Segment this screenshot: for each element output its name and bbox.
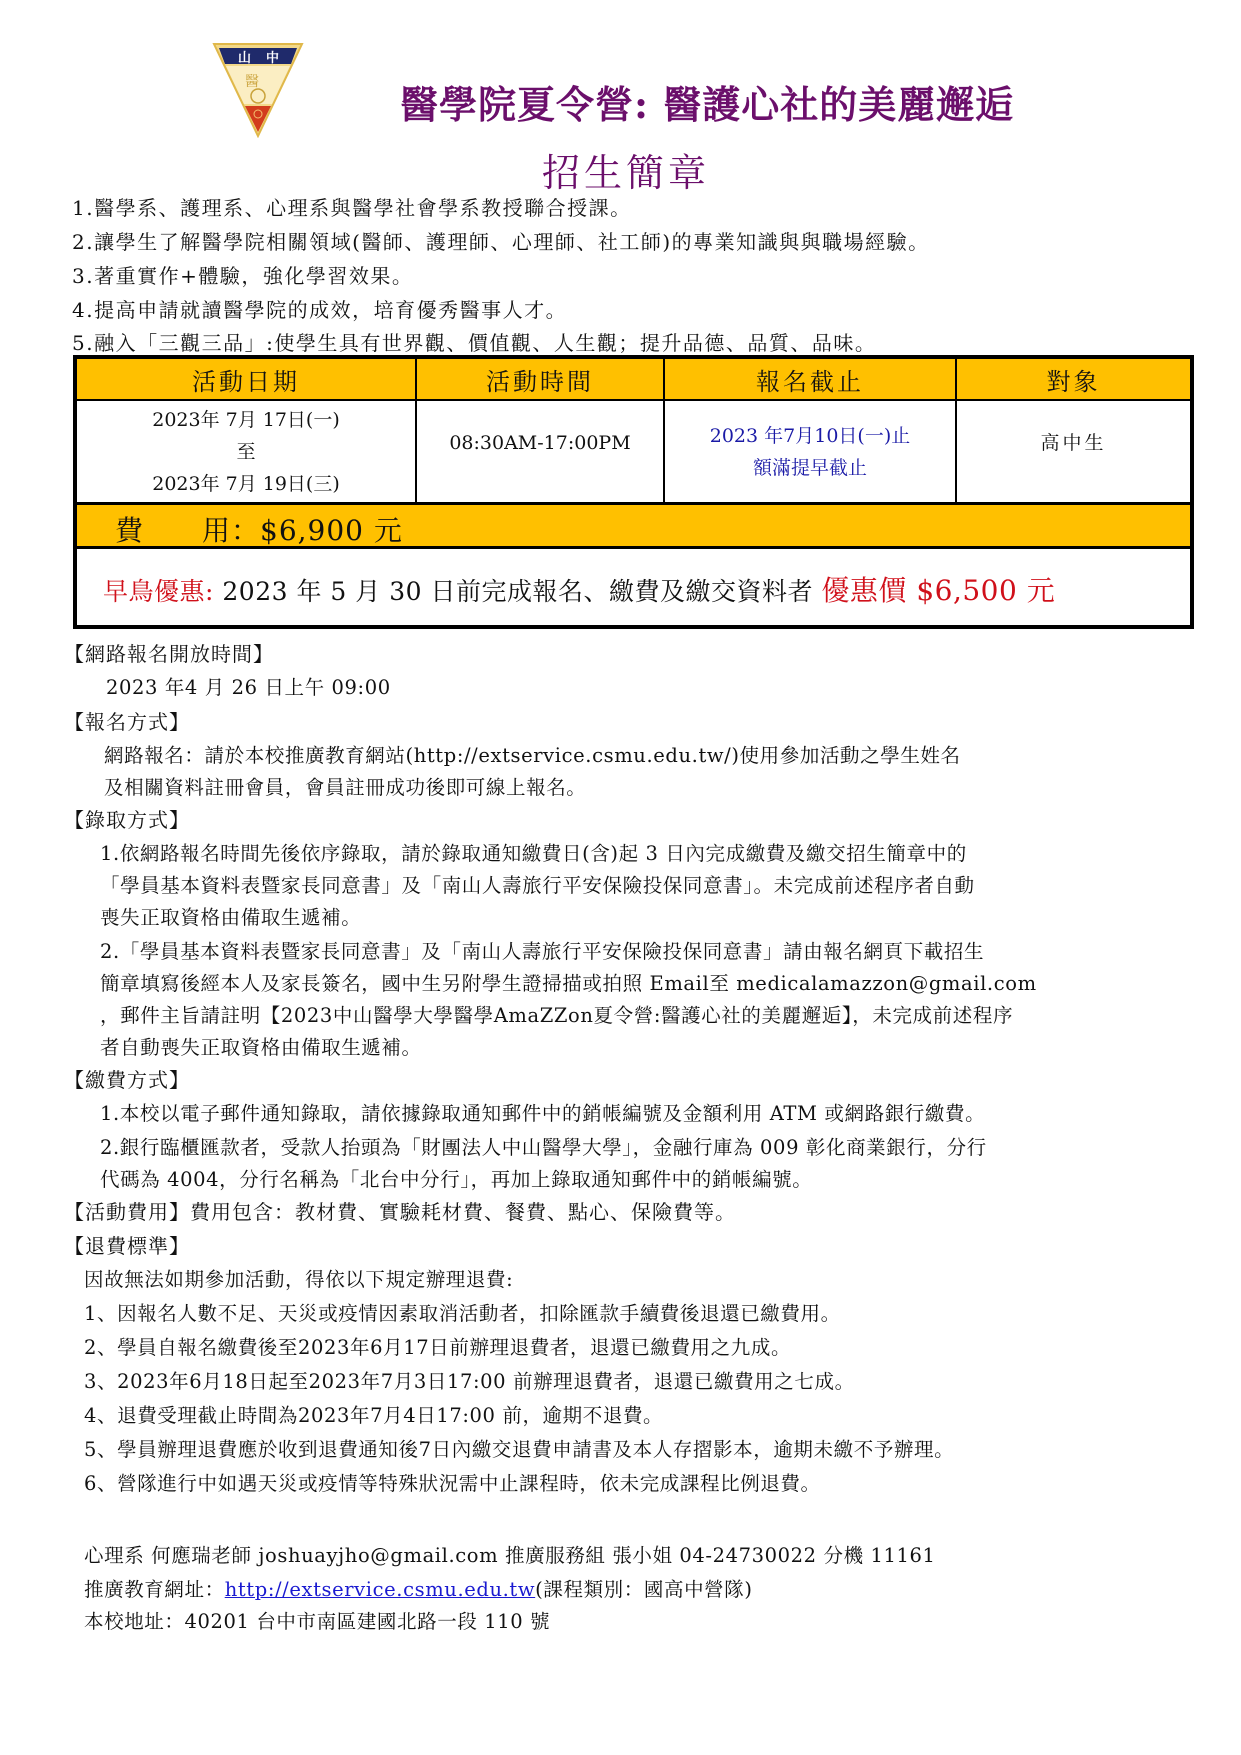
section-heading-admission: 【錄取方式】 (64, 804, 190, 833)
early-bird-price: 優惠價 $6,500 元 (821, 574, 1055, 607)
page-title: 醫學院夏令營: 醫護心社的美麗邂逅 (400, 74, 1014, 129)
header-cell-deadline: 報名截止 (665, 359, 957, 399)
address-line: 本校地址：40201 台中市南區建國北路一段 110 號 (84, 1606, 550, 1634)
website-link[interactable]: http://extservice.csmu.edu.tw (225, 1578, 535, 1601)
deadline-note: 額滿提早截止 (753, 452, 867, 484)
date-start: 2023年 7月 17日(一) (152, 404, 340, 436)
school-emblem-icon: 山 中 醫 (212, 42, 304, 138)
deadline-cell: 2023 年7月10日(一)止 額滿提早截止 (665, 401, 957, 502)
intro-item: 5.融入「三觀三品」:使學生具有世界觀、價值觀、人生觀；提升品德、品質、品味。 (72, 327, 876, 356)
section-heading-online-open: 【網路報名開放時間】 (64, 638, 274, 667)
refund-item: 3、2023年6月18日起至2023年7月3日17:00 前辦理退費者，退還已繳… (84, 1366, 855, 1394)
early-bird-row: 早鳥優惠: 2023 年 5 月 30 日前完成報名、繳費及繳交資料者 優惠價 … (77, 549, 1190, 625)
audience: 高中生 (1040, 427, 1106, 459)
header-label: 活動時間 (486, 362, 594, 397)
admission-line: 「學員基本資料表暨家長同意書」及「南山人壽旅行平安保險投保同意書」。未完成前述程… (100, 870, 975, 898)
section-activity-fee: 【活動費用】費用包含：教材費、實驗耗材費、餐費、點心、保險費等。 (64, 1196, 736, 1225)
fee-text: 費 用：$6,900 元 (115, 509, 403, 549)
table-header-row: 活動日期 活動時間 報名截止 對象 (77, 359, 1190, 401)
payment-line: 2.銀行臨櫃匯款者，受款人抬頭為「財團法人中山醫學大學」，金融行庫為 009 彰… (100, 1132, 987, 1160)
date-end: 2023年 7月 19日(三) (152, 468, 340, 500)
intro-item: 2.讓學生了解醫學院相關領域(醫師、護理師、心理師、社工師)的專業知識與與職場經… (72, 226, 930, 255)
admission-line: 2.「學員基本資料表暨家長同意書」及「南山人壽旅行平安保險投保同意書」請由報名網… (100, 936, 984, 964)
admission-line: ，郵件主旨請註明【2023中山醫學大學醫學AmaZZon夏令營:醫護心社的美麗邂… (100, 1000, 1013, 1028)
register-method-line: 及相關資料註冊會員，會員註冊成功後即可線上報名。 (104, 772, 586, 800)
intro-item: 1.醫學系、護理系、心理系與醫學社會學系教授聯合授課。 (72, 192, 632, 221)
section-heading-payment: 【繳費方式】 (64, 1064, 190, 1093)
fee-row: 費 用：$6,900 元 (77, 505, 1190, 549)
header-cell-audience: 對象 (957, 359, 1190, 399)
website-line: 推廣教育網址：http://extservice.csmu.edu.tw(課程類… (84, 1574, 753, 1602)
refund-item: 6、營隊進行中如遇天災或疫情等特殊狀況需中止課程時，依未完成課程比例退費。 (84, 1468, 821, 1496)
fee-label: 費 用： (115, 514, 260, 547)
activity-time: 08:30AM-17:00PM (449, 427, 630, 459)
info-table: 活動日期 活動時間 報名截止 對象 2023年 7月 17日(一) 至 2023… (73, 355, 1194, 629)
website-label: 推廣教育網址： (84, 1578, 225, 1601)
section-heading-activity-fee: 【活動費用】 (64, 1200, 190, 1224)
audience-cell: 高中生 (957, 401, 1190, 502)
refund-item: 1、因報名人數不足、天災或疫情因素取消活動者，扣除匯款手續費後退還已繳費用。 (84, 1298, 841, 1326)
header-label: 報名截止 (756, 362, 864, 397)
page-subtitle: 招生簡章 (542, 142, 710, 197)
header-label: 對象 (1047, 362, 1101, 397)
early-bird-text: 早鳥優惠: 2023 年 5 月 30 日前完成報名、繳費及繳交資料者 優惠價 … (103, 569, 1055, 609)
svg-text:山: 山 (238, 51, 251, 66)
header-cell-date: 活動日期 (77, 359, 417, 399)
admission-line: 者自動喪失正取資格由備取生遞補。 (100, 1032, 422, 1060)
deadline-date: 2023 年7月10日(一)止 (710, 420, 910, 452)
section-heading-register-method: 【報名方式】 (64, 706, 190, 735)
payment-line: 代碼為 4004，分行名稱為「北台中分行」，再加上錄取通知郵件中的銷帳編號。 (100, 1164, 812, 1192)
website-note: (課程類別：國高中營隊) (535, 1578, 752, 1601)
date-cell: 2023年 7月 17日(一) 至 2023年 7月 19日(三) (77, 401, 417, 502)
header-label: 活動日期 (192, 362, 300, 397)
refund-item: 4、退費受理截止時間為2023年7月4日17:00 前，逾期不退費。 (84, 1400, 663, 1428)
fee-value: $6,900 元 (260, 514, 403, 547)
online-open-time: 2023 年4 月 26 日上午 09:00 (106, 672, 391, 700)
svg-text:中: 中 (266, 50, 279, 66)
intro-item: 4.提高申請就讀醫學院的成效，培育優秀醫事人才。 (72, 294, 567, 323)
refund-intro: 因故無法如期參加活動，得依以下規定辦理退費: (84, 1264, 513, 1292)
contact-line: 心理系 何應瑞老師 joshuayjho@gmail.com 推廣服務組 張小姐… (84, 1540, 936, 1568)
table-data-row: 2023年 7月 17日(一) 至 2023年 7月 19日(三) 08:30A… (77, 401, 1190, 505)
date-to: 至 (236, 436, 255, 468)
early-bird-condition: 2023 年 5 月 30 日前完成報名、繳費及繳交資料者 (222, 577, 813, 606)
school-logo: 山 中 醫 (212, 42, 304, 138)
admission-line: 喪失正取資格由備取生遞補。 (100, 902, 361, 930)
section-heading-refund: 【退費標準】 (64, 1230, 190, 1259)
header-cell-time: 活動時間 (417, 359, 665, 399)
admission-line: 1.依網路報名時間先後依序錄取，請於錄取通知繳費日(含)起 3 日內完成繳費及繳… (100, 838, 967, 866)
early-bird-label: 早鳥優惠: (103, 577, 214, 606)
intro-item: 3.著重實作+體驗，強化學習效果。 (72, 260, 413, 289)
time-cell: 08:30AM-17:00PM (417, 401, 665, 502)
refund-item: 5、學員辦理退費應於收到退費通知後7日內繳交退費申請書及本人存摺影本，逾期未繳不… (84, 1434, 954, 1462)
payment-line: 1.本校以電子郵件通知錄取，請依據錄取通知郵件中的銷帳編號及金額利用 ATM 或… (100, 1098, 985, 1126)
activity-fee-text: 費用包含：教材費、實驗耗材費、餐費、點心、保險費等。 (190, 1200, 736, 1224)
register-method-line: 網路報名：請於本校推廣教育網站(http://extservice.csmu.e… (104, 740, 961, 768)
svg-text:醫: 醫 (245, 74, 259, 90)
refund-item: 2、學員自報名繳費後至2023年6月17日前辦理退費者，退還已繳費用之九成。 (84, 1332, 791, 1360)
admission-line: 簡章填寫後經本人及家長簽名，國中生另附學生證掃描或拍照 Email至 medic… (100, 968, 1037, 996)
